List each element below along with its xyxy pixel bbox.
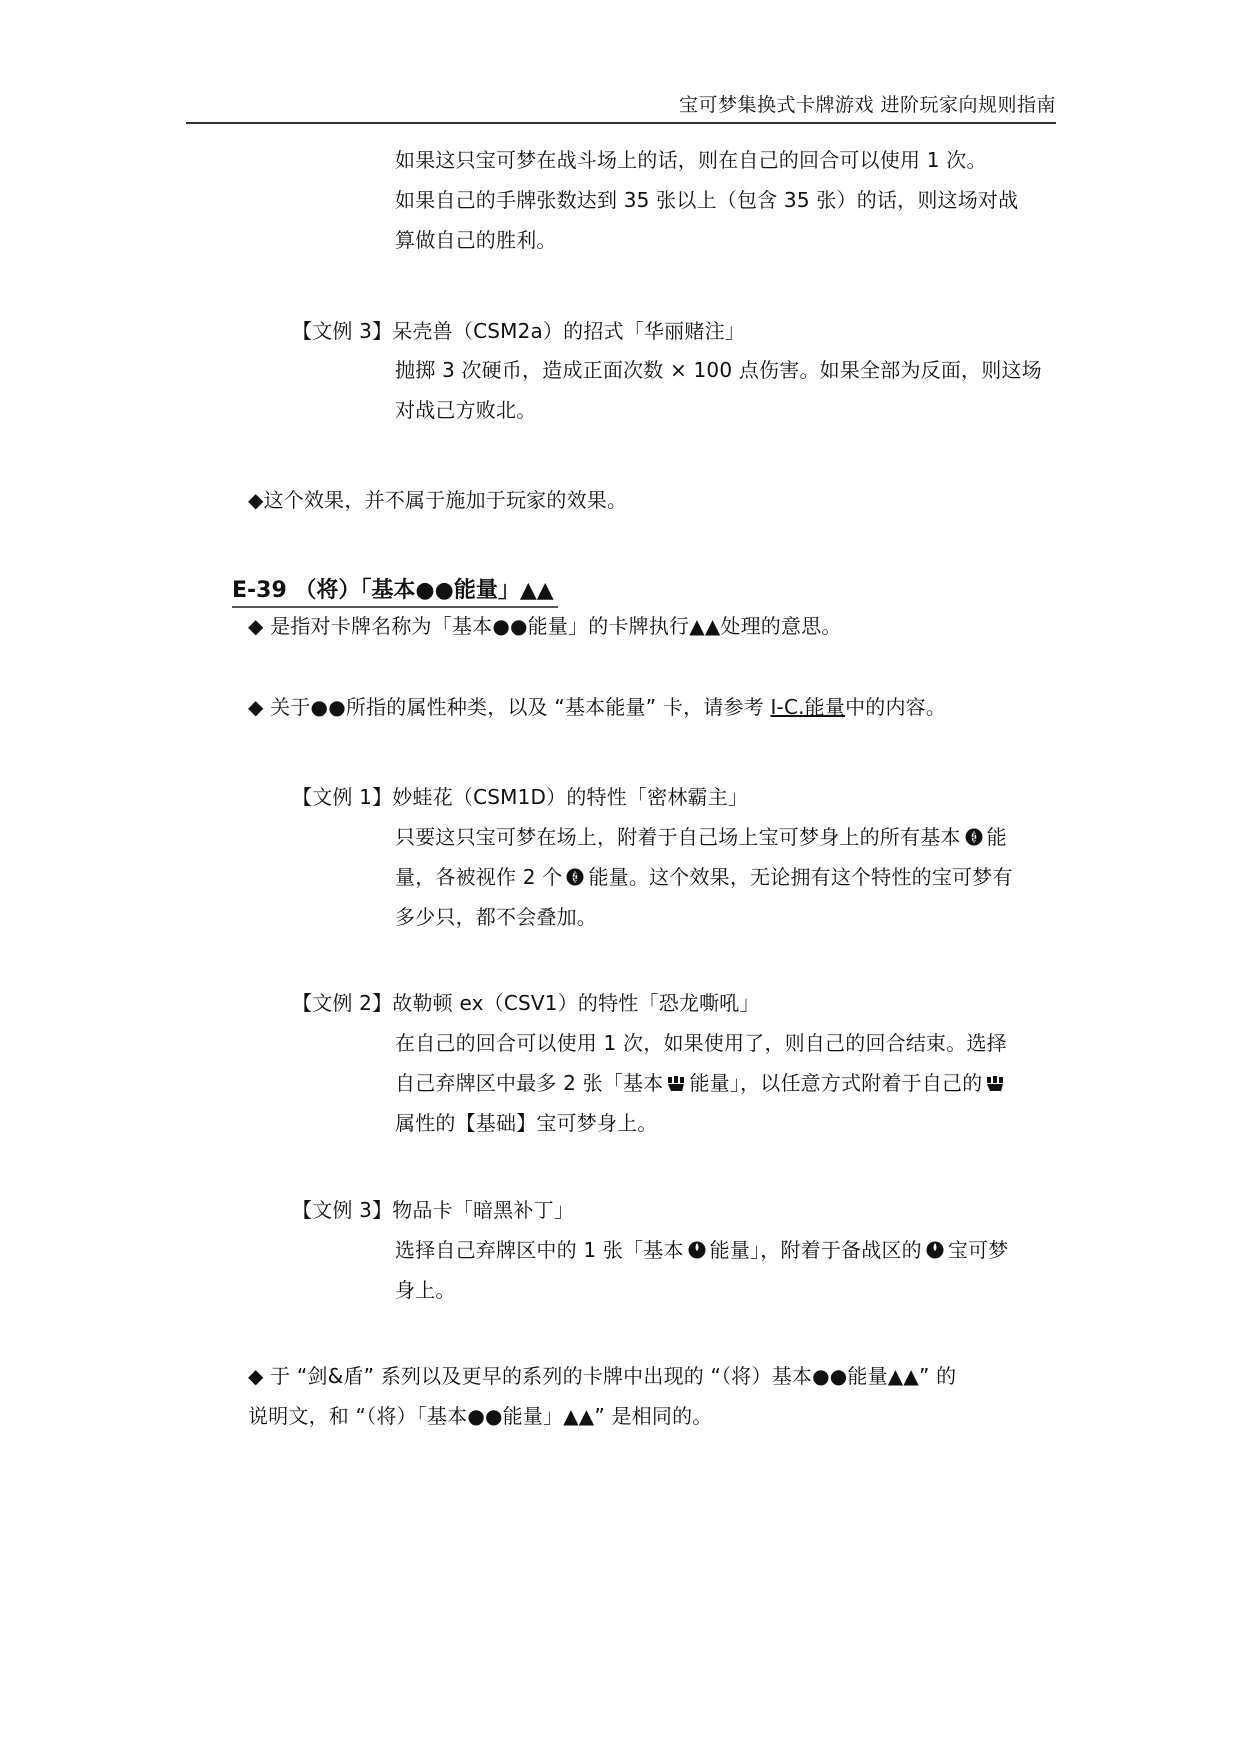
text: 只要这只宝可梦在场上，附着于自己场上宝可梦身上的所有基本 [395,825,961,849]
text-line: 属性的【基础】宝可梦身上。 [395,1109,658,1137]
note: ◆ 于 “剑&盾” 系列以及更早的系列的卡牌中出现的 “（将）基本●●能量▲▲”… [248,1362,956,1390]
text-line: 身上。 [395,1276,456,1304]
text-line: 算做自己的胜利。 [395,226,557,254]
text-line: 选择自己弃牌区中的 1 张「基本能量」，附着于备战区的宝可梦 [395,1236,1008,1264]
grass-energy-icon [965,828,983,846]
text-line: 只要这只宝可梦在场上，附着于自己场上宝可梦身上的所有基本能 [395,823,1007,851]
grass-energy-icon [566,868,584,886]
text-line: 如果这只宝可梦在战斗场上的话，则在自己的回合可以使用 1 次。 [395,146,987,174]
text-line: 多少只，都不会叠加。 [395,903,597,931]
page-header: 宝可梦集换式卡牌游戏 进阶玩家向规则指南 [186,88,1056,124]
text-line: 在自己的回合可以使用 1 次，如果使用了，则自己的回合结束。选择 [395,1029,1007,1057]
example-title: 【文例 3】呆壳兽（CSM2a）的招式「华丽赌注」 [292,317,745,345]
reference-link[interactable]: I-C.能量 [770,695,845,719]
darkness-energy-icon [926,1241,944,1259]
bullet: ◆ 是指对卡牌名称为「基本●●能量」的卡牌执行▲▲处理的意思。 [248,612,842,640]
example-title: 【文例 2】故勒顿 ex（CSV1）的特性「恐龙嘶吼」 [292,989,760,1017]
note: ◆这个效果，并不属于施加于玩家的效果。 [248,486,627,514]
fighting-energy-icon [986,1074,1004,1092]
bullet: ◆ 关于●●所指的属性种类，以及 “基本能量” 卡，请参考 I-C.能量中的内容… [248,693,946,721]
example-title: 【文例 1】妙蛙花（CSM1D）的特性「密林霸主」 [292,783,748,811]
bullet-text: ◆ 关于●●所指的属性种类，以及 “基本能量” 卡，请参考 [248,695,770,719]
text-line: 量，各被视作 2 个能量。这个效果，无论拥有这个特性的宝可梦有 [395,863,1013,891]
darkness-energy-icon [688,1241,706,1259]
section-heading: E-39 （将）「基本●●能量」▲▲ [232,576,558,608]
text-line: 如果自己的手牌张数达到 35 张以上（包含 35 张）的话，则这场对战 [395,186,1018,214]
text-line: 自己弃牌区中最多 2 张「基本能量」，以任意方式附着于自己的 [395,1069,1008,1097]
text: 能量。这个效果，无论拥有这个特性的宝可梦有 [588,865,1012,889]
text-line: 抛掷 3 次硬币，造成正面次数 × 100 点伤害。如果全部为反面，则这场 [395,356,1042,384]
text: 量，各被视作 2 个 [395,865,562,889]
text: 能 [987,825,1007,849]
fighting-energy-icon [667,1074,685,1092]
text: 能量」，附着于备战区的 [710,1238,922,1262]
text-line: 对战己方败北。 [395,396,536,424]
note: 说明文，和 “（将）「基本●●能量」▲▲” 是相同的。 [248,1402,713,1430]
bullet-text: 中的内容。 [845,695,946,719]
text: 能量」，以任意方式附着于自己的 [689,1071,982,1095]
example-title: 【文例 3】物品卡「暗黑补丁」 [292,1196,574,1224]
text: 自己弃牌区中最多 2 张「基本 [395,1071,663,1095]
text: 宝可梦 [948,1238,1009,1262]
header-title: 宝可梦集换式卡牌游戏 进阶玩家向规则指南 [679,90,1056,117]
text: 选择自己弃牌区中的 1 张「基本 [395,1238,684,1262]
